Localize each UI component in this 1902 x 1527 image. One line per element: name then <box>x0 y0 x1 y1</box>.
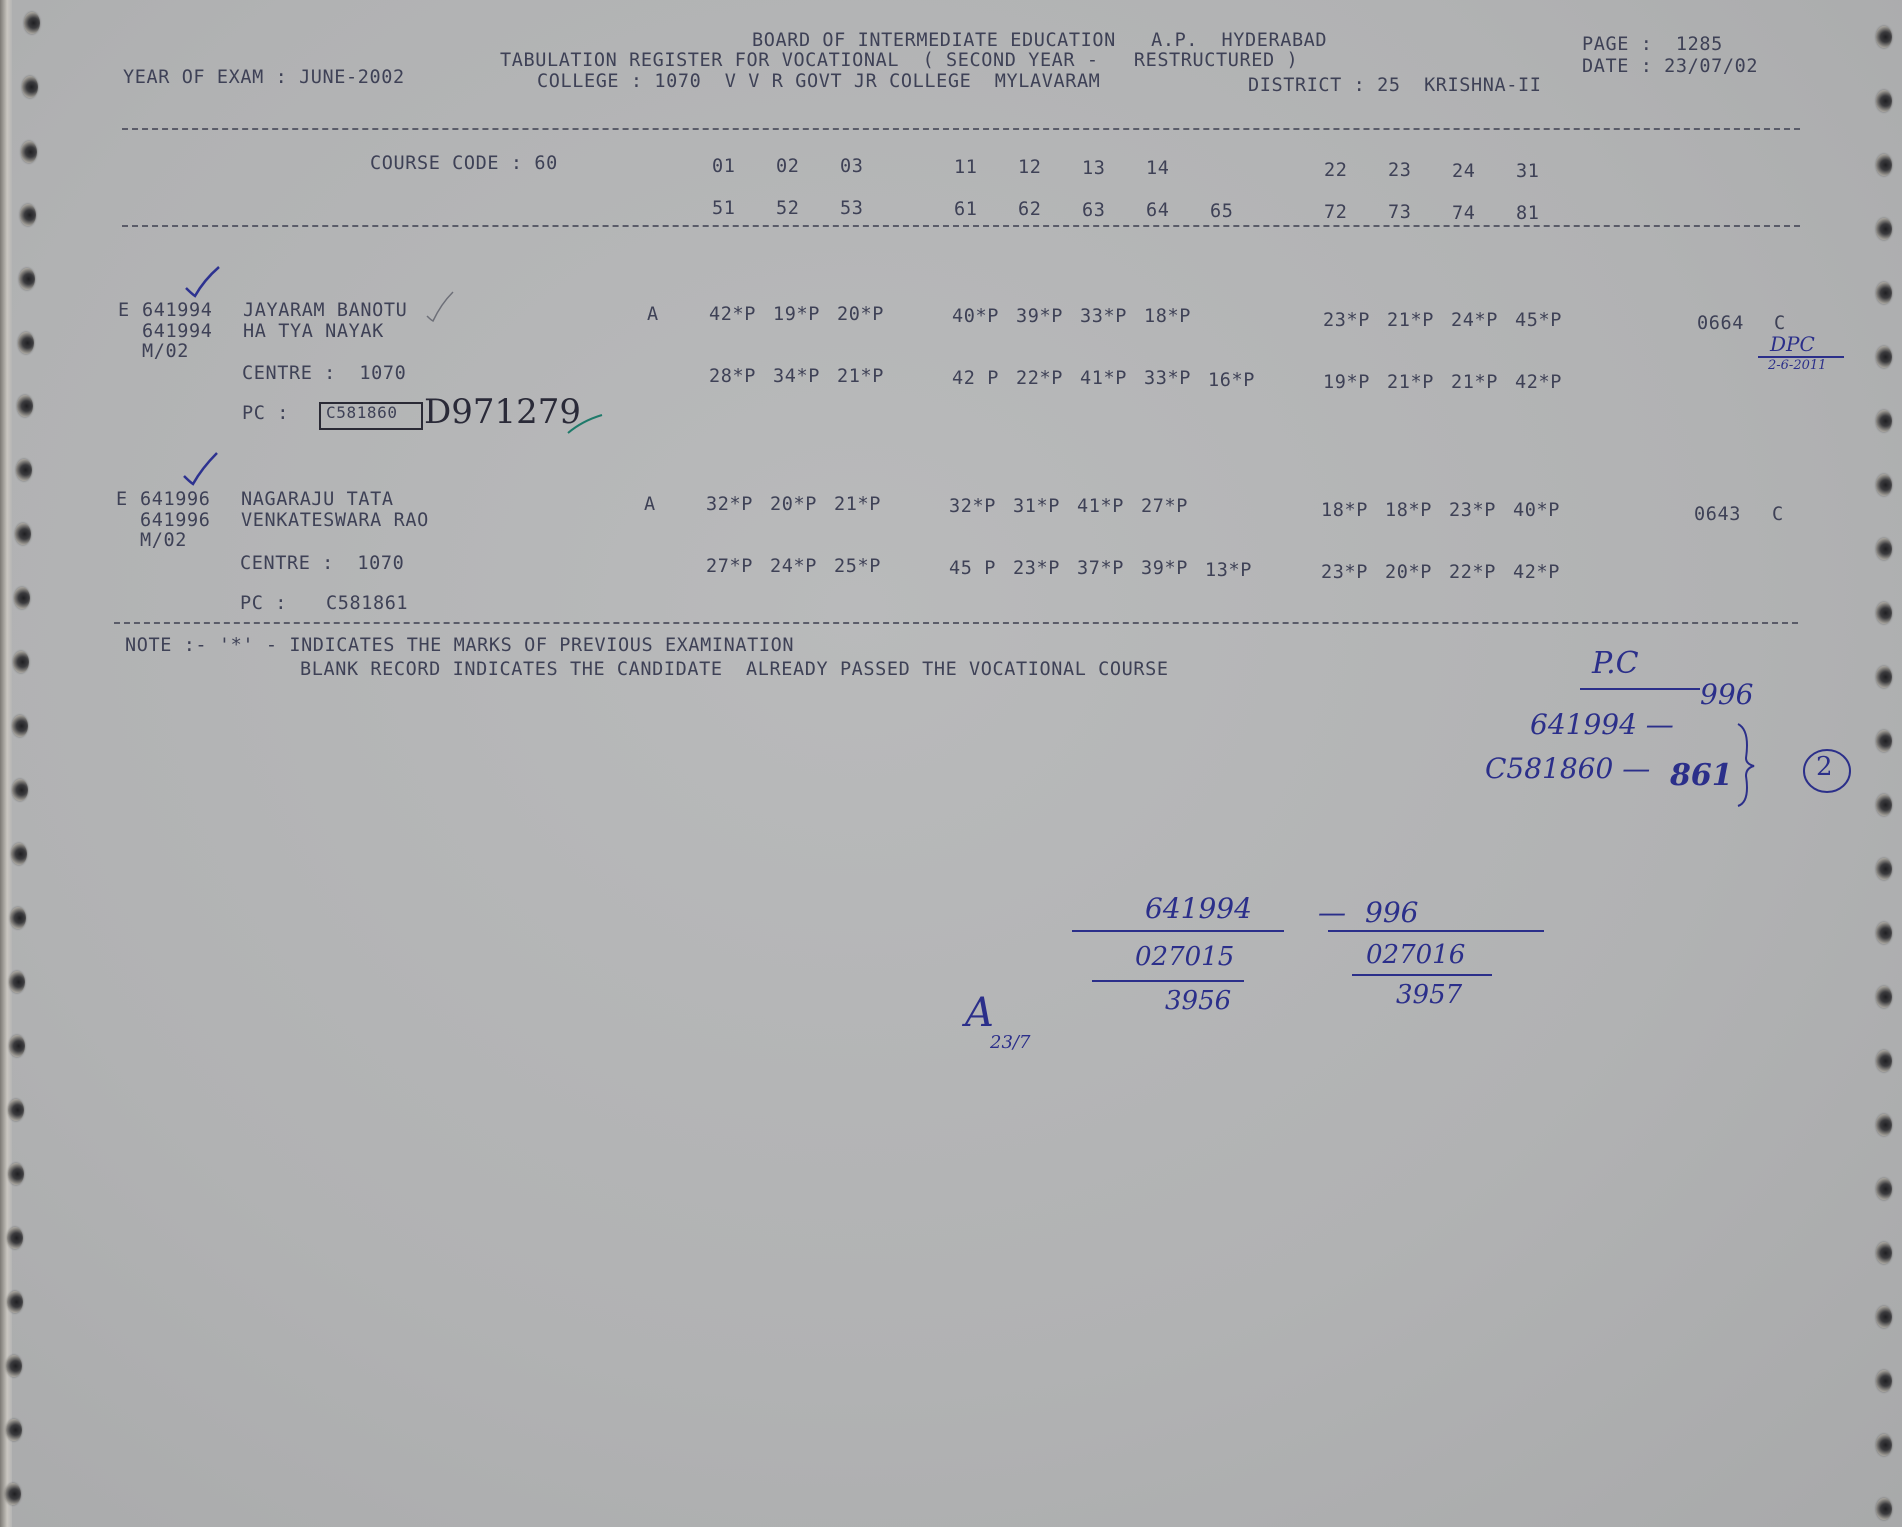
mark: 40*P <box>1513 500 1560 521</box>
mark: 19*P <box>773 304 820 325</box>
calc-value: 027015 <box>1135 942 1234 972</box>
punch-hole-icon <box>1876 1114 1892 1136</box>
col-header: 01 <box>712 156 735 177</box>
sex-year: M/02 <box>140 530 187 551</box>
punch-hole-icon <box>1876 90 1892 112</box>
father-name: HA TYA NAYAK <box>243 321 384 342</box>
annotation-line: C581860 — <box>1485 752 1650 785</box>
margin-note: DPC <box>1770 332 1815 356</box>
total-marks: 0643 <box>1694 504 1741 525</box>
mark: 25*P <box>834 556 881 577</box>
sex-year: M/02 <box>142 341 189 362</box>
col-header: 31 <box>1516 161 1539 182</box>
result-code: C <box>1772 504 1784 525</box>
mark: 21*P <box>834 494 881 515</box>
col-header: 22 <box>1324 160 1347 181</box>
pc-number: C581860 <box>326 403 398 422</box>
mark: 39*P <box>1016 306 1063 327</box>
mark: 37*P <box>1077 558 1124 579</box>
separator-line <box>114 622 1798 624</box>
mark: 18*P <box>1385 500 1432 521</box>
punch-hole-icon <box>1876 410 1892 432</box>
punch-hole-icon <box>9 1035 25 1057</box>
candidate-name: NAGARAJU TATA <box>241 489 394 510</box>
col-header: 62 <box>1018 199 1041 220</box>
underline <box>1072 930 1284 932</box>
punch-hole-icon <box>9 971 25 993</box>
mark: 23*P <box>1321 562 1368 583</box>
punch-hole-icon <box>1876 218 1892 240</box>
punch-hole-icon <box>12 715 28 737</box>
col-header: 51 <box>712 198 735 219</box>
checkmark-icon <box>566 413 606 435</box>
mark: 40*P <box>952 306 999 327</box>
mark: 39*P <box>1141 558 1188 579</box>
mark: 32*P <box>706 494 753 515</box>
mark: 23*P <box>1013 558 1060 579</box>
mark: 27*P <box>706 556 753 577</box>
page-number: PAGE : 1285 <box>1582 34 1723 55</box>
punch-hole-icon <box>1876 282 1892 304</box>
col-header: 02 <box>776 156 799 177</box>
col-header: 11 <box>954 157 977 178</box>
annotation-value: 861 <box>1670 758 1733 793</box>
mark: 27*P <box>1141 496 1188 517</box>
col-header: 24 <box>1452 161 1475 182</box>
print-date: DATE : 23/07/02 <box>1582 56 1758 77</box>
circled-number-text: 2 <box>1816 752 1833 782</box>
col-header: 12 <box>1018 157 1041 178</box>
punch-hole-icon <box>1876 154 1892 176</box>
mark: 20*P <box>1385 562 1432 583</box>
initials-signature: A <box>965 990 994 1036</box>
punch-hole-icon <box>1876 794 1892 816</box>
punch-hole-icon <box>21 141 37 163</box>
mark: 22*P <box>1449 562 1496 583</box>
separator-line <box>122 225 1800 227</box>
course-code: COURSE CODE : 60 <box>370 153 558 174</box>
col-header: 81 <box>1516 203 1539 224</box>
mark: 32*P <box>949 496 996 517</box>
mark: 45*P <box>1515 310 1562 331</box>
punch-hole-icon <box>14 587 30 609</box>
grade-flag: A <box>644 494 656 515</box>
punch-hole-icon <box>1876 538 1892 560</box>
punch-hole-icon <box>1876 1434 1892 1456</box>
punch-hole-icon <box>22 76 38 98</box>
col-header: 53 <box>840 198 863 219</box>
candidate-prefix: E <box>118 300 130 321</box>
punch-hole-icon <box>1876 730 1892 752</box>
mark: 19*P <box>1323 372 1370 393</box>
pc-label: PC : <box>240 593 287 614</box>
punch-hole-icon <box>6 1355 22 1377</box>
mark: 18*P <box>1321 500 1368 521</box>
underline <box>1352 974 1492 976</box>
register-title: TABULATION REGISTER FOR VOCATIONAL ( SEC… <box>500 50 1298 71</box>
col-header: 74 <box>1452 203 1475 224</box>
punch-hole-icon <box>1876 26 1892 48</box>
mark: 22*P <box>1016 368 1063 389</box>
punch-hole-icon <box>1876 986 1892 1008</box>
pc-number: C581861 <box>326 593 408 614</box>
punch-hole-icon <box>18 332 34 354</box>
punch-hole-icon <box>5 1483 21 1505</box>
mark: 28*P <box>709 366 756 387</box>
centre-label: CENTRE : 1070 <box>242 363 406 384</box>
calc-value: 641994 <box>1145 892 1252 925</box>
margin-date: 2-6-2011 <box>1768 358 1826 373</box>
tabulation-register-page: BOARD OF INTERMEDIATE EDUCATION A.P. HYD… <box>0 0 1902 1527</box>
district-line: DISTRICT : 25 KRISHNA-II <box>1248 75 1541 96</box>
punch-hole-icon <box>1876 1306 1892 1328</box>
mark: 41*P <box>1077 496 1124 517</box>
brace-icon <box>1732 720 1760 810</box>
calc-value: 3957 <box>1396 980 1462 1010</box>
year-of-exam: YEAR OF EXAM : JUNE-2002 <box>123 67 405 88</box>
calc-value: 3956 <box>1165 986 1231 1016</box>
col-header: 72 <box>1324 202 1347 223</box>
mark: 20*P <box>837 304 884 325</box>
annotation-value: 996 <box>1700 678 1753 711</box>
punch-hole-icon <box>1876 346 1892 368</box>
punch-hole-icon <box>7 1227 23 1249</box>
punch-hole-icon <box>16 459 32 481</box>
punch-hole-icon <box>7 1291 23 1313</box>
col-header: 14 <box>1146 158 1169 179</box>
mark: 42*P <box>1513 562 1560 583</box>
col-header: 73 <box>1388 202 1411 223</box>
separator-line <box>122 128 1800 130</box>
mark: 33*P <box>1144 368 1191 389</box>
mark: 31*P <box>1013 496 1060 517</box>
mark: 21*P <box>1387 310 1434 331</box>
candidate-name: JAYARAM BANOTU <box>243 300 407 321</box>
col-header: 61 <box>954 199 977 220</box>
calc-dash: — <box>1318 896 1346 929</box>
checkmark-icon <box>425 290 455 322</box>
calc-value: 027016 <box>1366 940 1465 970</box>
mark: 21*P <box>1451 372 1498 393</box>
registration-number-2: 641994 <box>142 321 212 342</box>
mark: 45 P <box>949 558 996 579</box>
pc-handwritten: D971279 <box>424 392 581 432</box>
mark: 33*P <box>1080 306 1127 327</box>
mark: 16*P <box>1208 370 1255 391</box>
mark: 42*P <box>1515 372 1562 393</box>
pc-heading: P.C <box>1592 646 1639 681</box>
underline <box>1328 930 1544 932</box>
punch-hole-icon <box>1876 474 1892 496</box>
centre-label: CENTRE : 1070 <box>240 553 404 574</box>
mark: 20*P <box>770 494 817 515</box>
mark: 24*P <box>1451 310 1498 331</box>
col-header: 65 <box>1210 201 1233 222</box>
grade-flag: A <box>647 304 659 325</box>
punch-hole-icon <box>8 1099 24 1121</box>
calc-value: 996 <box>1365 896 1418 929</box>
punch-hole-icon <box>1876 666 1892 688</box>
punch-hole-icon <box>1876 602 1892 624</box>
col-header: 13 <box>1082 158 1105 179</box>
punch-hole-icon <box>1876 922 1892 944</box>
registration-number: 641996 <box>140 489 210 510</box>
mark: 23*P <box>1323 310 1370 331</box>
col-header: 23 <box>1388 160 1411 181</box>
punch-hole-icon <box>19 268 35 290</box>
underline <box>1092 980 1244 982</box>
checkmark-icon <box>180 450 220 488</box>
punch-hole-icon <box>24 12 40 34</box>
registration-number-2: 641996 <box>140 510 210 531</box>
mark: 21*P <box>1387 372 1434 393</box>
mark: 21*P <box>837 366 884 387</box>
punch-hole-icon <box>1876 1370 1892 1392</box>
initials-date: 23/7 <box>990 1032 1030 1053</box>
note-line-2: BLANK RECORD INDICATES THE CANDIDATE ALR… <box>300 659 1169 680</box>
mark: 18*P <box>1144 306 1191 327</box>
punch-hole-icon <box>10 907 26 929</box>
mark: 41*P <box>1080 368 1127 389</box>
college-line: COLLEGE : 1070 V V R GOVT JR COLLEGE MYL… <box>537 71 1100 92</box>
punch-hole-icon <box>1876 1178 1892 1200</box>
col-header: 64 <box>1146 200 1169 221</box>
punch-hole-icon <box>8 1163 24 1185</box>
mark: 23*P <box>1449 500 1496 521</box>
underline <box>1580 688 1700 690</box>
father-name: VENKATESWARA RAO <box>241 510 429 531</box>
mark: 34*P <box>773 366 820 387</box>
board-title: BOARD OF INTERMEDIATE EDUCATION A.P. HYD… <box>752 30 1327 51</box>
col-header: 52 <box>776 198 799 219</box>
punch-hole-icon <box>1876 1498 1892 1520</box>
punch-hole-icon <box>6 1419 22 1441</box>
candidate-prefix: E <box>116 489 128 510</box>
punch-hole-icon <box>1876 1242 1892 1264</box>
total-marks: 0664 <box>1697 313 1744 334</box>
pc-label: PC : <box>242 403 289 424</box>
mark: 13*P <box>1205 560 1252 581</box>
punch-hole-icon <box>12 779 28 801</box>
punch-hole-icon <box>20 204 36 226</box>
mark: 42*P <box>709 304 756 325</box>
mark: 24*P <box>770 556 817 577</box>
punch-hole-icon <box>1876 858 1892 880</box>
punch-hole-icon <box>11 843 27 865</box>
result-code: C <box>1774 313 1786 334</box>
checkmark-icon <box>182 264 222 300</box>
mark: 42 P <box>952 368 999 389</box>
annotation-line: 641994 — <box>1530 708 1674 741</box>
col-header: 03 <box>840 156 863 177</box>
punch-hole-icon <box>17 395 33 417</box>
punch-hole-icon <box>15 523 31 545</box>
punch-hole-icon <box>1876 1050 1892 1072</box>
col-header: 63 <box>1082 200 1105 221</box>
registration-number: 641994 <box>142 300 212 321</box>
note-line-1: NOTE :- '*' - INDICATES THE MARKS OF PRE… <box>125 635 794 656</box>
punch-hole-icon <box>13 651 29 673</box>
